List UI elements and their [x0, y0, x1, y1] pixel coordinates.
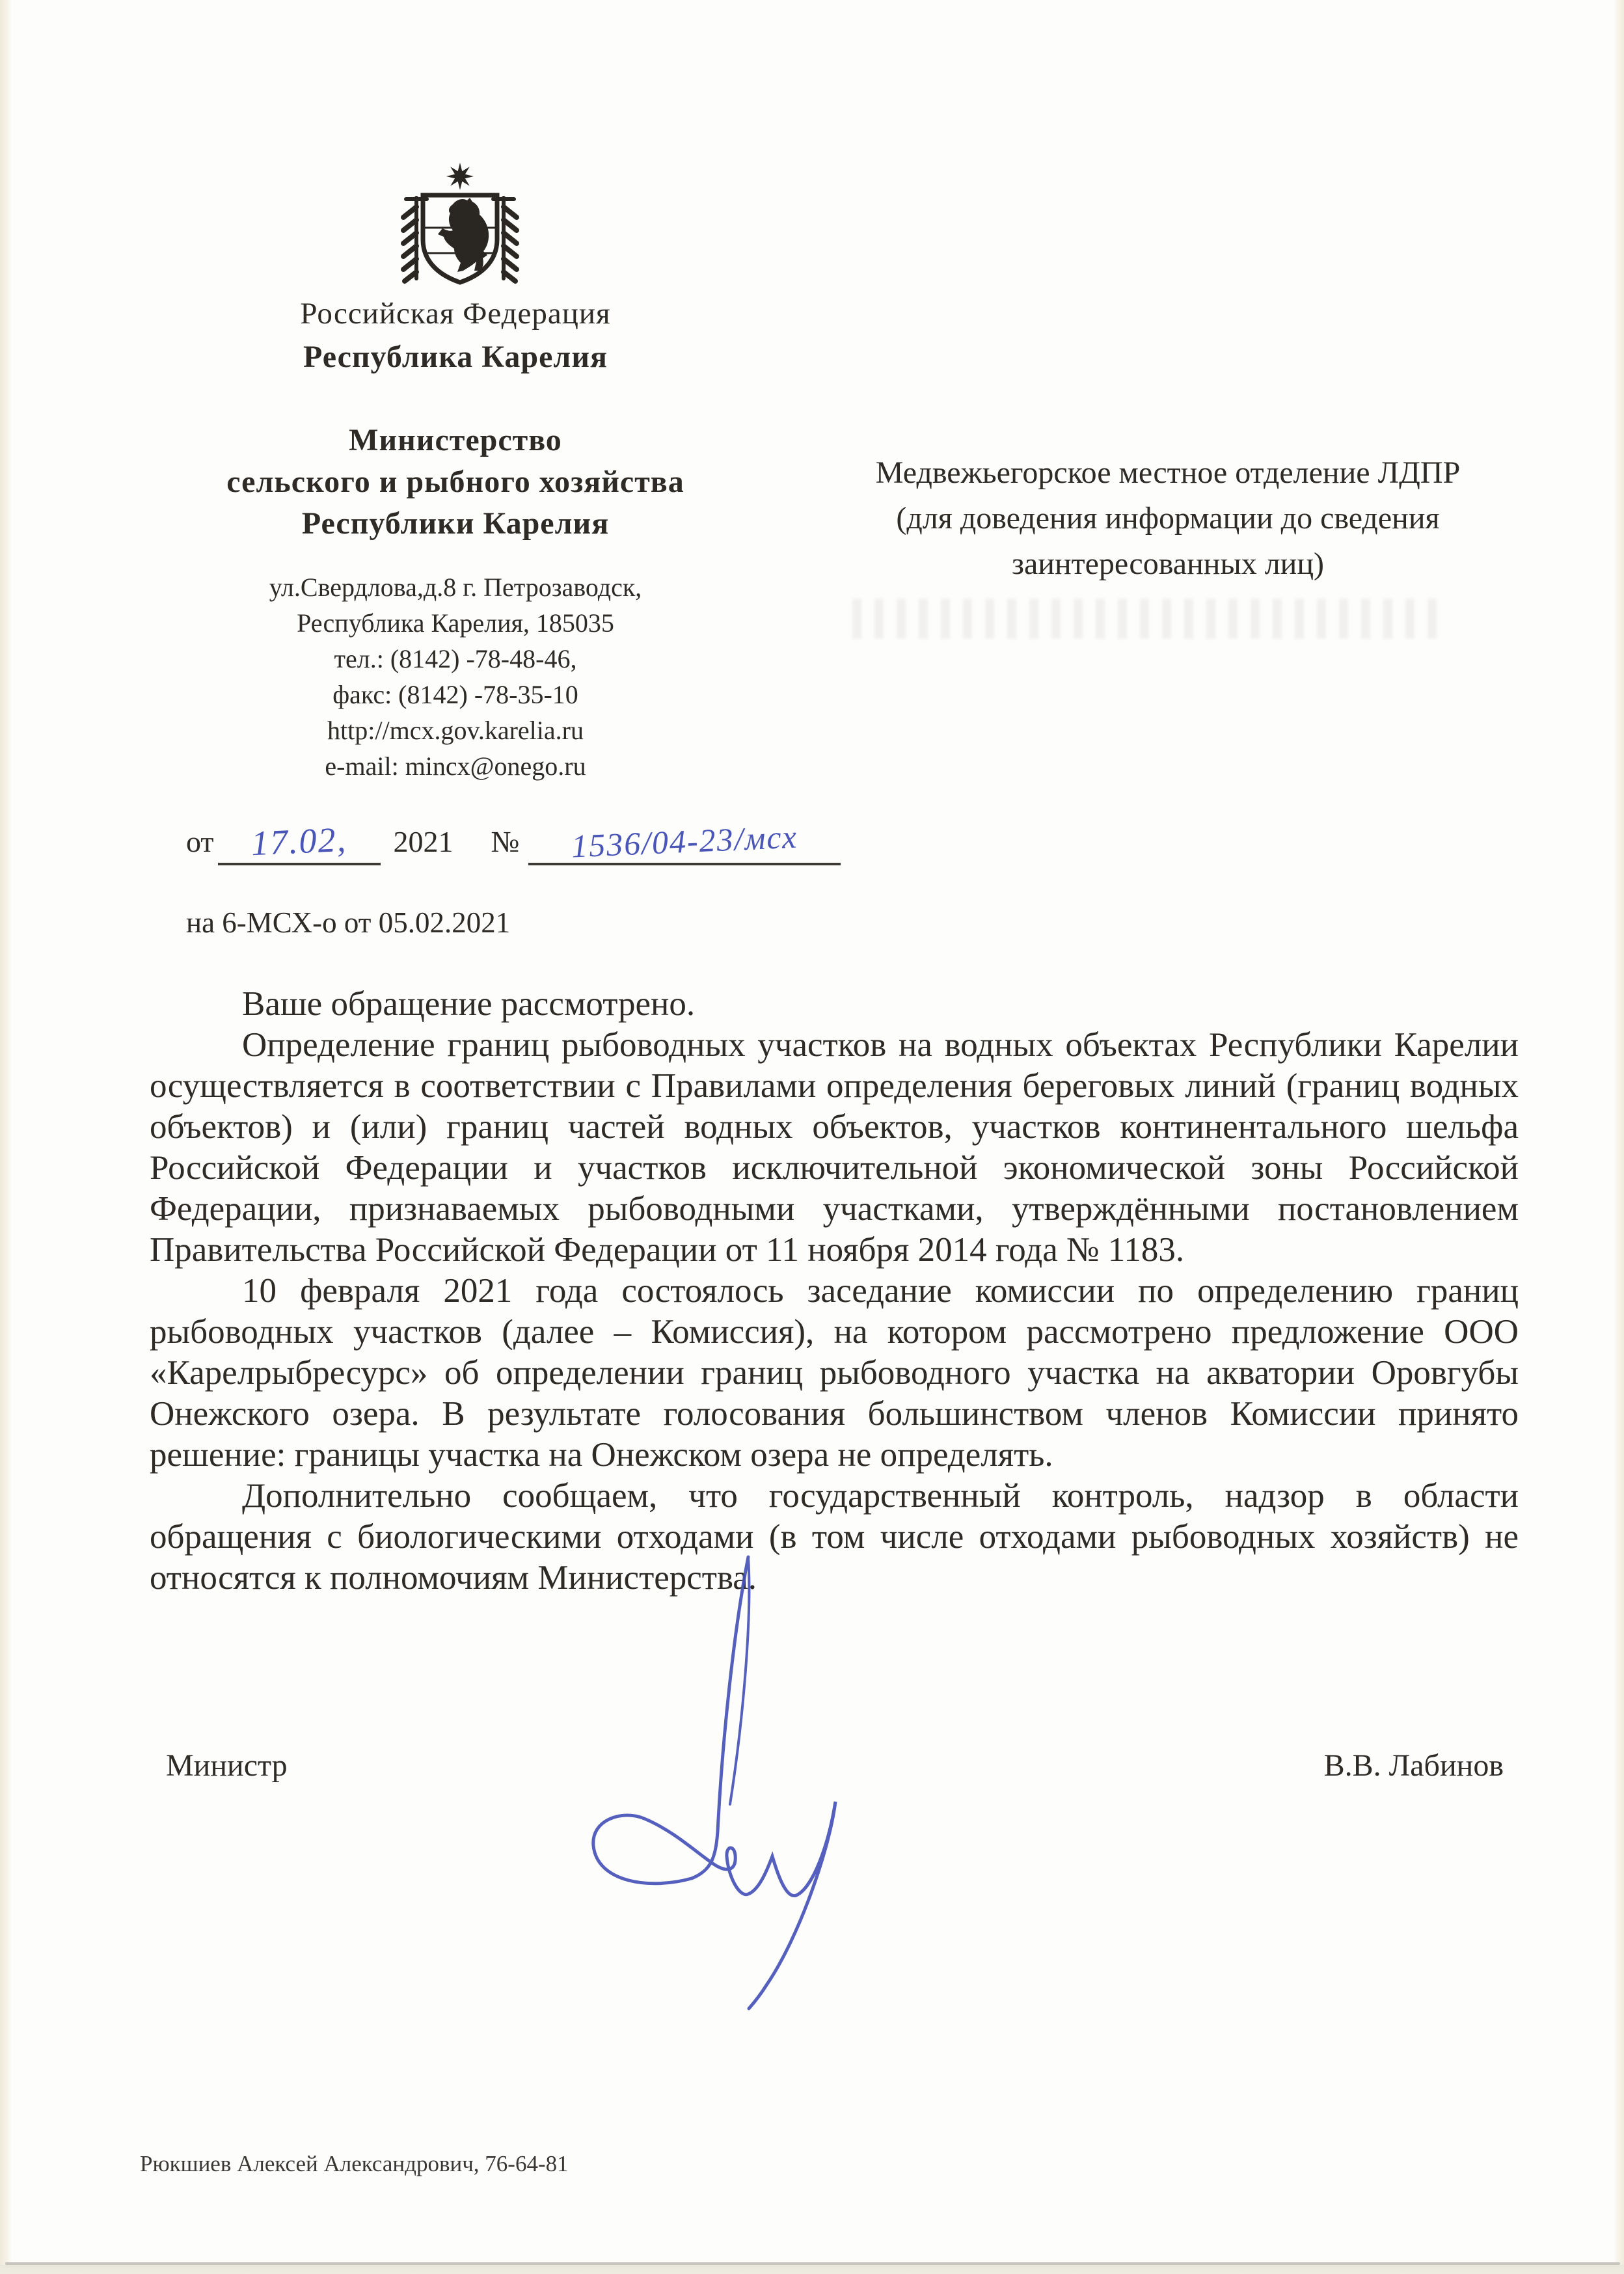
number-field: 1536/04-23/мсх — [528, 820, 841, 865]
letter-body: Ваше обращение рассмотрено. Определение … — [150, 984, 1519, 1599]
executor-line: Рюкшиев Алексей Александрович, 76-64-81 — [140, 2151, 569, 2177]
recipient-block: Медвежьегорское местное отделение ЛДПР (… — [784, 450, 1552, 587]
letterhead: Российская Федерация Республика Карелия — [195, 296, 716, 375]
scanned-letter-page: Российская Федерация Республика Карелия … — [0, 0, 1624, 2274]
star-icon — [446, 163, 474, 190]
karelia-coat-of-arms-icon — [397, 163, 521, 293]
ministry-line: Республики Карелия — [195, 503, 716, 545]
signature-autograph-icon — [571, 1526, 871, 2027]
body-paragraph: 10 февраля 2021 года состоялось заседани… — [150, 1271, 1519, 1476]
address-line: http://mcx.gov.karelia.ru — [195, 712, 716, 748]
recipient-line: (для доведения информации до сведения — [784, 496, 1552, 541]
reply-reference-line: на 6-МСХ-о от 05.02.2021 — [186, 906, 510, 940]
scan-edge-bottom-shade — [0, 2265, 1624, 2274]
ministry-line: сельского и рыбного хозяйства — [195, 461, 716, 503]
body-paragraph: Определение границ рыбоводных участков н… — [150, 1025, 1519, 1271]
address-line: факс: (8142) -78-35-10 — [195, 677, 716, 712]
bear-icon — [438, 198, 489, 272]
address-line: тел.: (8142) -78-48-46, — [195, 641, 716, 677]
ministry-line: Министерство — [195, 420, 716, 461]
year-printed: 2021 — [394, 819, 453, 865]
address-line: e-mail: mincx@onego.ru — [195, 748, 716, 784]
recipient-line: заинтересованных лиц) — [784, 541, 1552, 587]
handwritten-number: 1536/04-23/мсх — [571, 815, 799, 867]
body-paragraph: Ваше обращение рассмотрено. — [150, 984, 1519, 1025]
letterhead-ministry: Министерство сельского и рыбного хозяйст… — [195, 420, 716, 545]
registration-line: от 17.02, 2021 № 1536/04-23/мсх — [186, 819, 841, 865]
recipient-line: Медвежьегорское местное отделение ЛДПР — [784, 450, 1552, 496]
letterhead-republic: Республика Карелия — [195, 339, 716, 375]
letterhead-address: ул.Свердлова,д.8 г. Петрозаводск, Респуб… — [195, 569, 716, 784]
address-line: ул.Свердлова,д.8 г. Петрозаводск, — [195, 569, 716, 605]
date-field: 17.02, — [218, 820, 381, 865]
scan-edge-right — [1614, 0, 1624, 2274]
from-label: от — [186, 819, 214, 865]
number-sign: № — [491, 819, 520, 865]
erased-text-smudge — [852, 599, 1438, 639]
scan-edge-left — [0, 0, 12, 2274]
letterhead-country: Российская Федерация — [195, 296, 716, 331]
position-title: Министр — [166, 1748, 288, 1783]
address-line: Республика Карелия, 185035 — [195, 605, 716, 641]
signer-name: В.В. Лабинов — [1324, 1748, 1504, 1783]
handwritten-date: 17.02, — [250, 818, 348, 865]
